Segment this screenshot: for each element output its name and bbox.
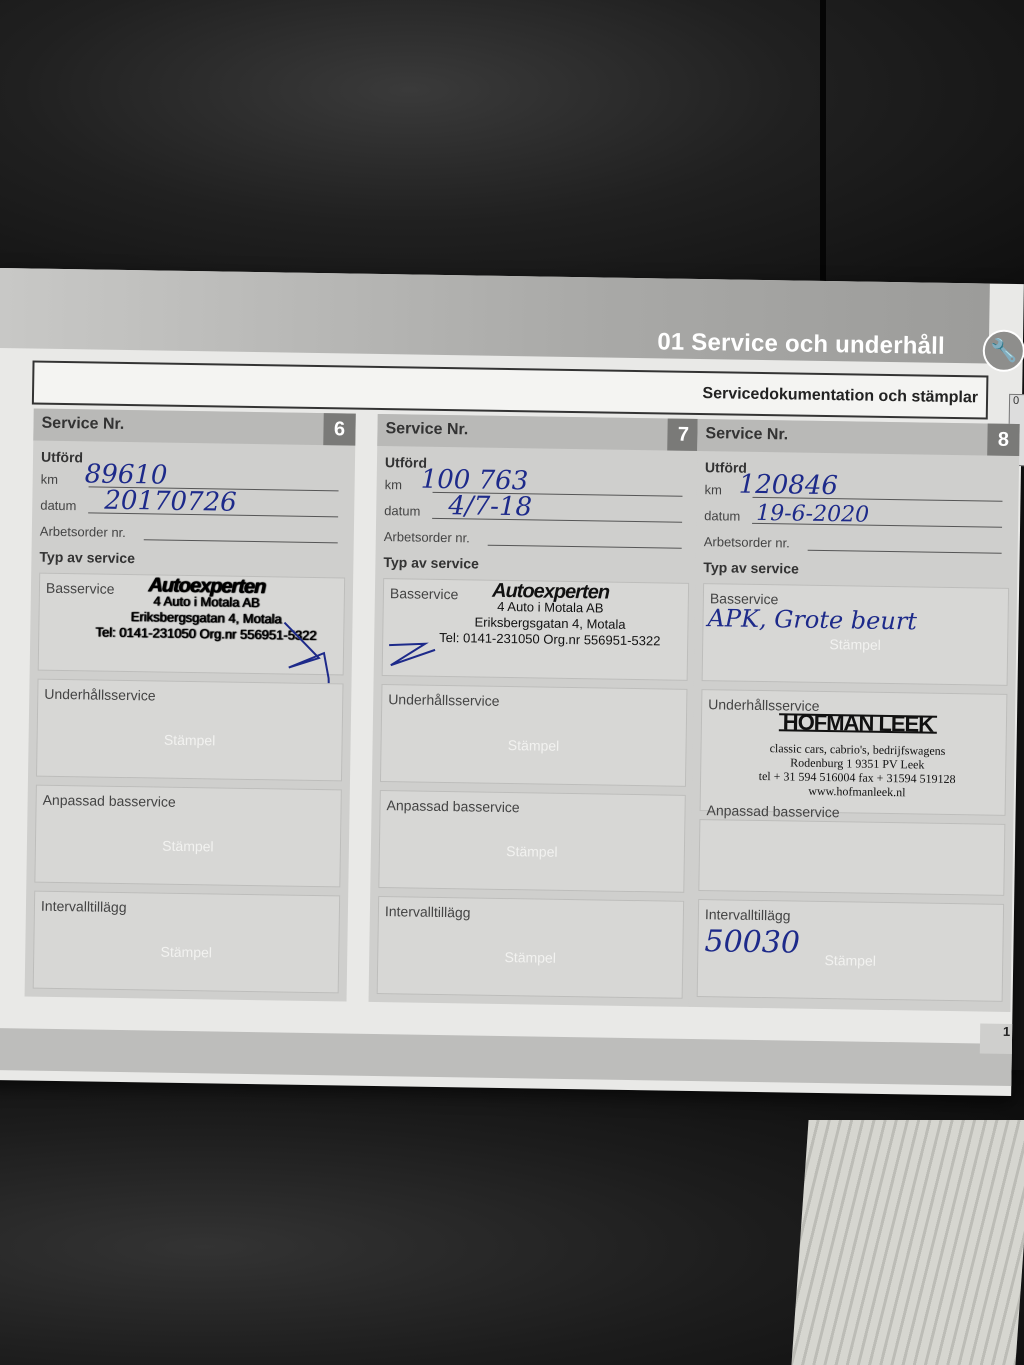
underhallsservice-box: Underhållsservice Stämpel xyxy=(380,684,688,787)
underhallsservice-box: Underhållsservice Stämpel xyxy=(36,679,344,782)
dealer-stamp: HOFMAN LEEK classic cars, cabrio's, bedr… xyxy=(707,712,1008,801)
basservice-box: Basservice Autoexperten 4 Auto i Motala … xyxy=(38,573,346,676)
chapter-header: 01 Service och underhåll xyxy=(0,268,990,364)
arbetsorder-field: Arbetsorder nr. xyxy=(704,527,1010,558)
workshop-stamp: Autoexperten 4 Auto i Motala AB Eriksber… xyxy=(439,582,661,649)
intervalltillagg-box: Intervalltillägg Stämpel xyxy=(377,896,685,999)
card-header: Service Nr. 7 xyxy=(377,414,699,451)
service-cards: Service Nr. 6 Utförd km 89610 datum 2017… xyxy=(24,409,993,1024)
datum-value: 4/7-18 xyxy=(448,491,532,522)
arbetsorder-label: Arbetsorder nr. xyxy=(40,524,126,540)
anpassad-basservice-box: Anpassad basservice xyxy=(698,819,1005,896)
service-number: 7 xyxy=(667,419,699,451)
service-book-page: 01 Service och underhåll 🔧 Servicedokume… xyxy=(0,268,1024,1096)
page-number: 1 xyxy=(980,1023,1012,1053)
car-seat-backrest xyxy=(0,0,1024,300)
datum-value: 20170726 xyxy=(104,486,237,518)
km-value: 120846 xyxy=(738,470,838,502)
anpassad-basservice-box: Anpassad basservice Stämpel xyxy=(378,790,686,893)
service-card-8: Service Nr. 8 Utförd km 120846 datum 19-… xyxy=(688,419,1019,1012)
datum-label: datum xyxy=(40,498,76,514)
typ-av-service-label: Typ av service xyxy=(39,549,345,570)
signature-scribble xyxy=(385,639,445,670)
service-card-7: Service Nr. 7 Utförd km 100 763 datum 4/… xyxy=(369,414,700,1007)
arbetsorder-field: Arbetsorder nr. xyxy=(384,522,690,553)
km-label: km xyxy=(41,472,59,487)
service-number: 6 xyxy=(323,413,355,445)
intervalltillagg-box: Intervalltillägg Stämpel xyxy=(33,891,341,994)
service-nr-label: Service Nr. xyxy=(41,415,124,434)
anpassad-basservice-box: Anpassad basservice Stämpel xyxy=(34,785,342,888)
wrench-icon: 🔧 xyxy=(982,329,1024,372)
card-header: Service Nr. 8 xyxy=(697,419,1019,456)
intervalltillagg-box: Intervalltillägg 50030 Stämpel xyxy=(697,899,1005,1002)
ribbed-seat-insert xyxy=(791,1120,1024,1365)
basservice-box: Basservice Autoexperten 4 Auto i Motala … xyxy=(382,578,690,681)
basservice-note: APK, Grote beurt xyxy=(707,604,917,635)
section-subtitle: Servicedokumentation och stämplar xyxy=(702,385,978,407)
chapter-title: 01 Service och underhåll xyxy=(657,328,945,361)
underhallsservice-box: Underhållsservice HOFMAN LEEK classic ca… xyxy=(700,689,1008,816)
service-number: 8 xyxy=(987,424,1019,456)
seat-seam xyxy=(820,0,826,300)
card-header: Service Nr. 6 xyxy=(33,409,355,446)
service-card-6: Service Nr. 6 Utförd km 89610 datum 2017… xyxy=(25,409,356,1002)
arbetsorder-field: Arbetsorder nr. xyxy=(40,517,346,548)
datum-value: 19-6-2020 xyxy=(756,501,869,528)
page-bottom-strip xyxy=(0,1028,1012,1086)
basservice-box: Basservice APK, Grote beurt Stämpel xyxy=(702,583,1010,686)
